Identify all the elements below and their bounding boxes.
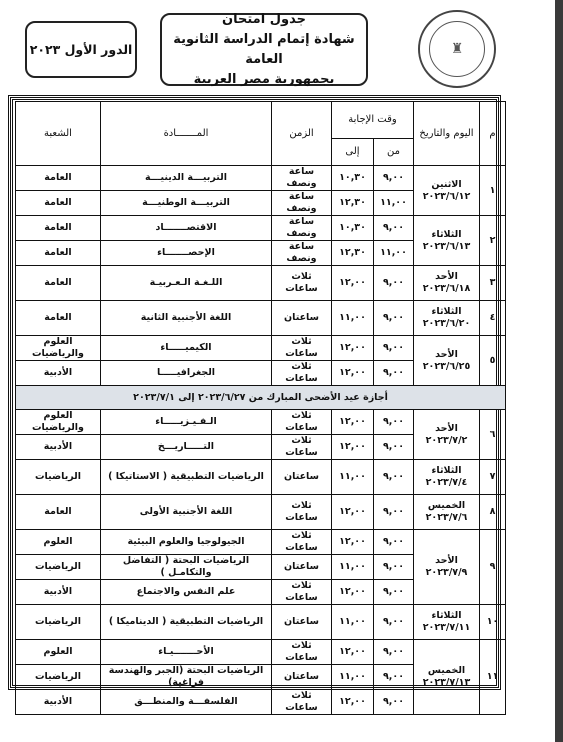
exam-schedule-table: م اليوم والتاريخ وقت الإجابة الزمن المــ… xyxy=(15,101,506,715)
time-from: ٩,٠٠ xyxy=(374,640,414,665)
exam-subject: اللغة الأجنبية الأولى xyxy=(101,495,272,530)
exam-day-date: الثلاثاء٢٠٢٣/٦/٢٠ xyxy=(414,301,480,336)
exam-duration: ثلاث ساعات xyxy=(272,266,332,301)
table-row: ٩الأحد٢٠٢٣/٧/٩٩,٠٠١٢,٠٠ثلاث ساعاتالجيولو… xyxy=(16,530,506,555)
header-branch: الشعبة xyxy=(16,102,101,166)
exam-day: الأحد xyxy=(416,555,477,567)
time-to: ١٢,٠٠ xyxy=(332,266,374,301)
table-row: ١الاثنين٢٠٢٣/٦/١٢٩,٠٠١٠,٣٠ساعة ونصفالترب… xyxy=(16,166,506,191)
exam-branch: العلوم والرياضيات xyxy=(16,336,101,361)
exam-day: الاثنين xyxy=(416,179,477,191)
time-to: ١١,٠٠ xyxy=(332,555,374,580)
time-from: ١١,٠٠ xyxy=(374,191,414,216)
exam-index: ١٠ xyxy=(480,605,506,640)
eagle-emblem-icon: ♜ xyxy=(451,41,464,57)
exam-date: ٢٠٢٣/٧/١١ xyxy=(416,622,477,634)
exam-branch: الأدبية xyxy=(16,361,101,386)
table-row: ٨الخميس٢٠٢٣/٧/٦٩,٠٠١٢,٠٠ثلاث ساعاتاللغة … xyxy=(16,495,506,530)
exam-branch: الأدبية xyxy=(16,435,101,460)
time-to: ١٢,٠٠ xyxy=(332,530,374,555)
time-to: ١٢,٠٠ xyxy=(332,580,374,605)
table-row: ٤الثلاثاء٢٠٢٣/٦/٢٠٩,٠٠١١,٠٠ساعتاناللغة ا… xyxy=(16,301,506,336)
header-subject: المـــــــادة xyxy=(101,102,272,166)
time-from: ٩,٠٠ xyxy=(374,495,414,530)
exam-subject: علم النفس والاجتماع xyxy=(101,580,272,605)
holiday-notice: أجازة عيد الأضحى المبارك من ٢٠٢٣/٦/٢٧ إل… xyxy=(16,386,506,410)
exam-duration: ثلاث ساعات xyxy=(272,361,332,386)
exam-index: ١ xyxy=(480,166,506,216)
exam-subject: اللـغـة الـعـربيـة xyxy=(101,266,272,301)
ministry-logo: MINISTRY OF EDUCATION AND TECHNICAL EDUC… xyxy=(418,10,496,88)
exam-subject: الرياضيات التطبيقية ( الديناميكا ) xyxy=(101,605,272,640)
exam-branch: الرياضيات xyxy=(16,555,101,580)
exam-branch: العامة xyxy=(16,191,101,216)
exam-duration: ساعتان xyxy=(272,555,332,580)
exam-subject: اللغة الأجنبية الثانية xyxy=(101,301,272,336)
exam-index: ٥ xyxy=(480,336,506,386)
exam-duration: ثلاث ساعات xyxy=(272,690,332,715)
exam-date: ٢٠٢٣/٧/٩ xyxy=(416,567,477,579)
exam-branch: العامة xyxy=(16,301,101,336)
exam-date: ٢٠٢٣/٦/٢٠ xyxy=(416,318,477,330)
time-to: ١١,٠٠ xyxy=(332,665,374,690)
exam-day: الثلاثاء xyxy=(416,610,477,622)
exam-day-date: الأحد٢٠٢٣/٧/٩ xyxy=(414,530,480,605)
exam-branch: الرياضيات xyxy=(16,605,101,640)
time-from: ٩,٠٠ xyxy=(374,216,414,241)
table-row: ١١الخميس٢٠٢٣/٧/١٣٩,٠٠١٢,٠٠ثلاث ساعاتالأح… xyxy=(16,640,506,665)
time-from: ٩,٠٠ xyxy=(374,435,414,460)
exam-date: ٢٠٢٣/٧/٤ xyxy=(416,477,477,489)
exam-subject: الجيولوجيا والعلوم البيئية xyxy=(101,530,272,555)
table-row: ٣الأحد٢٠٢٣/٦/١٨٩,٠٠١٢,٠٠ثلاث ساعاتاللـغـ… xyxy=(16,266,506,301)
time-to: ١٢,٣٠ xyxy=(332,241,374,266)
exam-subject: الفلسفـــة والمنطـــق xyxy=(101,690,272,715)
title-line-1: جدول امتحان xyxy=(162,10,366,30)
title-line-3: بجمهورية مصر العربية xyxy=(162,70,366,90)
exam-subject: الرياضيات البحتة (الجبر والهندسة فراغية) xyxy=(101,665,272,690)
exam-duration: ثلاث ساعات xyxy=(272,530,332,555)
exam-branch: العلوم xyxy=(16,640,101,665)
time-from: ١١,٠٠ xyxy=(374,241,414,266)
exam-duration: ساعتان xyxy=(272,460,332,495)
title-line-2: شهادة إتمام الدراسة الثانوية العامة xyxy=(162,30,366,70)
exam-branch: الرياضيات xyxy=(16,460,101,495)
time-to: ١٢,٣٠ xyxy=(332,191,374,216)
exam-subject: الإحصـــــــاء xyxy=(101,241,272,266)
exam-branch: الرياضيات xyxy=(16,665,101,690)
time-from: ٩,٠٠ xyxy=(374,460,414,495)
exam-date: ٢٠٢٣/٧/٦ xyxy=(416,512,477,524)
time-to: ١١,٠٠ xyxy=(332,460,374,495)
exam-subject: الجغرافيـــــا xyxy=(101,361,272,386)
exam-index: ٩ xyxy=(480,530,506,605)
exam-duration: ثلاث ساعات xyxy=(272,495,332,530)
time-from: ٩,٠٠ xyxy=(374,580,414,605)
header-from: من xyxy=(374,139,414,166)
exam-index: ١١ xyxy=(480,640,506,715)
exam-day: الثلاثاء xyxy=(416,229,477,241)
exam-day-date: الثلاثاء٢٠٢٣/٦/١٣ xyxy=(414,216,480,266)
exam-subject: الكيميـــــاء xyxy=(101,336,272,361)
header-duration: الزمن xyxy=(272,102,332,166)
exam-day-date: الاثنين٢٠٢٣/٦/١٢ xyxy=(414,166,480,216)
time-to: ١٢,٠٠ xyxy=(332,410,374,435)
exam-title-box: جدول امتحان شهادة إتمام الدراسة الثانوية… xyxy=(160,13,368,86)
exam-subject: الـفـيـزيـــــاء xyxy=(101,410,272,435)
exam-day: الثلاثاء xyxy=(416,306,477,318)
time-to: ١٠,٣٠ xyxy=(332,166,374,191)
time-from: ٩,٠٠ xyxy=(374,605,414,640)
exam-day: الخميس xyxy=(416,500,477,512)
exam-day-date: الأحد٢٠٢٣/٧/٢ xyxy=(414,410,480,460)
exam-subject: الرياضيات التطبيقية ( الاستاتيكا ) xyxy=(101,460,272,495)
time-to: ١٢,٠٠ xyxy=(332,495,374,530)
logo-center: ♜ xyxy=(429,21,485,77)
exam-duration: ساعتان xyxy=(272,301,332,336)
header-index: م xyxy=(480,102,506,166)
time-from: ٩,٠٠ xyxy=(374,361,414,386)
table-row: ١٠الثلاثاء٢٠٢٣/٧/١١٩,٠٠١١,٠٠ساعتانالرياض… xyxy=(16,605,506,640)
exam-subject: التربيـــة الوطنيـــة xyxy=(101,191,272,216)
exam-branch: العامة xyxy=(16,266,101,301)
session-label: الدور الأول ٢٠٢٣ xyxy=(25,21,137,78)
page-edge-shadow xyxy=(555,0,563,742)
exam-duration: ساعة ونصف xyxy=(272,191,332,216)
time-from: ٩,٠٠ xyxy=(374,410,414,435)
exam-day-date: الخميس٢٠٢٣/٧/٦ xyxy=(414,495,480,530)
exam-day-date: الثلاثاء٢٠٢٣/٧/١١ xyxy=(414,605,480,640)
exam-duration: ثلاث ساعات xyxy=(272,435,332,460)
exam-day: الأحد xyxy=(416,271,477,283)
exam-branch: العامة xyxy=(16,495,101,530)
exam-date: ٢٠٢٣/٧/٢ xyxy=(416,435,477,447)
exam-branch: العلوم xyxy=(16,530,101,555)
exam-duration: ساعتان xyxy=(272,665,332,690)
exam-branch: الأدبية xyxy=(16,580,101,605)
exam-duration: ساعة ونصف xyxy=(272,166,332,191)
exam-day-date: الأحد٢٠٢٣/٦/١٨ xyxy=(414,266,480,301)
time-from: ٩,٠٠ xyxy=(374,336,414,361)
exam-branch: العامة xyxy=(16,241,101,266)
exam-index: ٣ xyxy=(480,266,506,301)
time-from: ٩,٠٠ xyxy=(374,301,414,336)
exam-index: ٢ xyxy=(480,216,506,266)
table-row: ٦الأحد٢٠٢٣/٧/٢٩,٠٠١٢,٠٠ثلاث ساعاتالـفـيـ… xyxy=(16,410,506,435)
exam-branch: العامة xyxy=(16,216,101,241)
time-to: ١٢,٠٠ xyxy=(332,336,374,361)
exam-duration: ثلاث ساعات xyxy=(272,336,332,361)
exam-duration: ثلاث ساعات xyxy=(272,640,332,665)
exam-date: ٢٠٢٣/٦/٢٥ xyxy=(416,361,477,373)
header-day-date: اليوم والتاريخ xyxy=(414,102,480,166)
exam-duration: ثلاث ساعات xyxy=(272,410,332,435)
time-to: ١٠,٣٠ xyxy=(332,216,374,241)
time-from: ٩,٠٠ xyxy=(374,690,414,715)
holiday-row: أجازة عيد الأضحى المبارك من ٢٠٢٣/٦/٢٧ إل… xyxy=(16,386,506,410)
exam-day-date: الثلاثاء٢٠٢٣/٧/٤ xyxy=(414,460,480,495)
exam-day: الخميس xyxy=(416,665,477,677)
exam-duration: ثلاث ساعات xyxy=(272,580,332,605)
time-to: ١١,٠٠ xyxy=(332,301,374,336)
exam-day: الأحد xyxy=(416,349,477,361)
time-from: ٩,٠٠ xyxy=(374,166,414,191)
exam-branch: العامة xyxy=(16,166,101,191)
exam-duration: ساعة ونصف xyxy=(272,241,332,266)
exam-day-date: الأحد٢٠٢٣/٦/٢٥ xyxy=(414,336,480,386)
header-to: إلى xyxy=(332,139,374,166)
exam-date: ٢٠٢٣/٦/١٨ xyxy=(416,283,477,295)
time-from: ٩,٠٠ xyxy=(374,555,414,580)
exam-index: ٧ xyxy=(480,460,506,495)
exam-index: ٨ xyxy=(480,495,506,530)
exam-index: ٤ xyxy=(480,301,506,336)
header-answer-time: وقت الإجابة xyxy=(332,102,414,139)
time-to: ١٢,٠٠ xyxy=(332,361,374,386)
exam-subject: الرياضيات البحتة ( التفاضل والتكامـل ) xyxy=(101,555,272,580)
time-to: ١٢,٠٠ xyxy=(332,690,374,715)
time-from: ٩,٠٠ xyxy=(374,530,414,555)
exam-index: ٦ xyxy=(480,410,506,460)
table-row: ٥الأحد٢٠٢٣/٦/٢٥٩,٠٠١٢,٠٠ثلاث ساعاتالكيمي… xyxy=(16,336,506,361)
exam-subject: التربيـــة الدينيـــة xyxy=(101,166,272,191)
time-from: ٩,٠٠ xyxy=(374,266,414,301)
time-from: ٩,٠٠ xyxy=(374,665,414,690)
exam-day: الأحد xyxy=(416,423,477,435)
exam-date: ٢٠٢٣/٦/١٢ xyxy=(416,191,477,203)
table-row: ٧الثلاثاء٢٠٢٣/٧/٤٩,٠٠١١,٠٠ساعتانالرياضيا… xyxy=(16,460,506,495)
time-to: ١١,٠٠ xyxy=(332,605,374,640)
exam-date: ٢٠٢٣/٧/١٣ xyxy=(416,677,477,689)
exam-branch: الأدبية xyxy=(16,690,101,715)
exam-subject: الأحـــــــيـاء xyxy=(101,640,272,665)
exam-branch: العلوم والرياضيات xyxy=(16,410,101,435)
time-to: ١٢,٠٠ xyxy=(332,640,374,665)
exam-date: ٢٠٢٣/٦/١٣ xyxy=(416,241,477,253)
exam-day: الثلاثاء xyxy=(416,465,477,477)
exam-day-date: الخميس٢٠٢٣/٧/١٣ xyxy=(414,640,480,715)
table-row: ٢الثلاثاء٢٠٢٣/٦/١٣٩,٠٠١٠,٣٠ساعة ونصفالاق… xyxy=(16,216,506,241)
exam-subject: التـــــاريـــخ xyxy=(101,435,272,460)
time-to: ١٢,٠٠ xyxy=(332,435,374,460)
exam-subject: الاقتصـــــــاد xyxy=(101,216,272,241)
exam-duration: ساعة ونصف xyxy=(272,216,332,241)
exam-duration: ساعتان xyxy=(272,605,332,640)
